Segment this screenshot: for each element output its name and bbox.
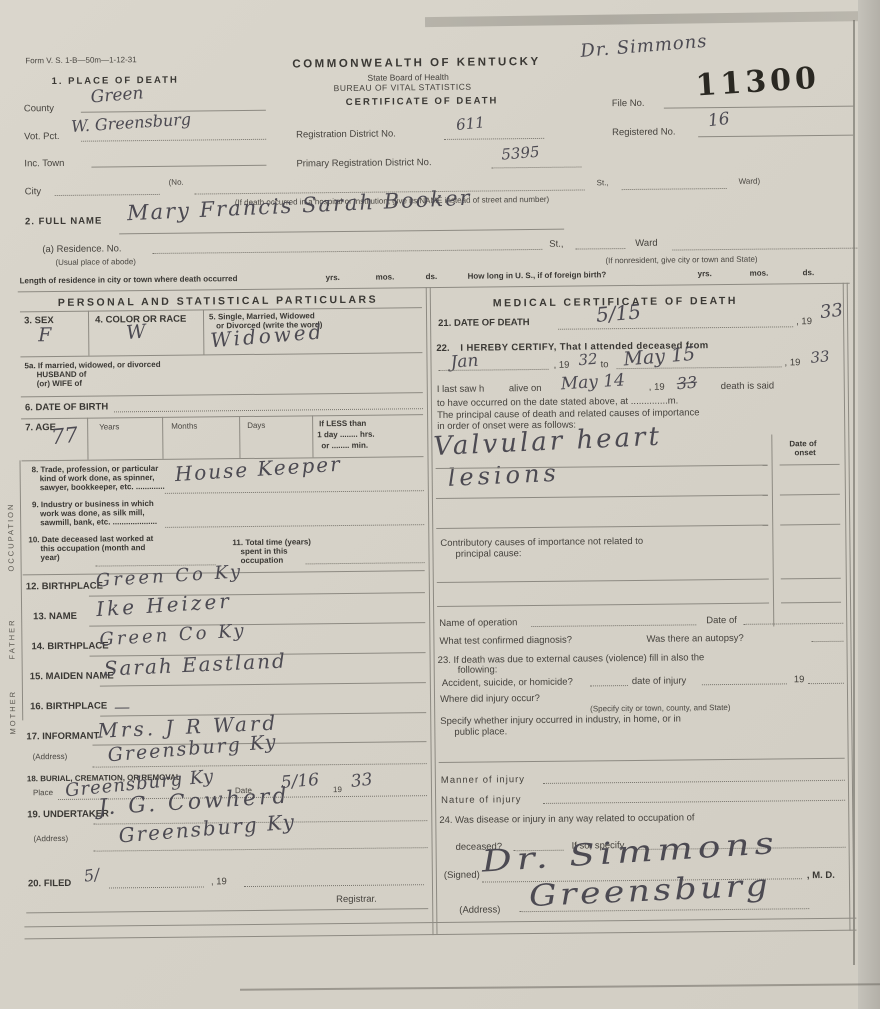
injury-divider-rule (439, 758, 845, 763)
dob-rule (114, 408, 423, 412)
contributory-label-1: Contributory causes of importance not re… (440, 536, 643, 549)
primreg-value-handwritten: 5395 (501, 143, 541, 164)
birthplace16-label: 16. BIRTHPLACE (30, 700, 107, 712)
contributory-label-2: principal cause: (455, 548, 521, 560)
age-years-header: Years (99, 422, 119, 431)
side-strip-rule (20, 460, 24, 720)
physician-address-label: (Address) (459, 904, 500, 915)
age-vline-1 (87, 418, 88, 460)
city-label: City (25, 186, 41, 197)
from-19-label: , 19 (553, 360, 569, 371)
totaltime-rule (306, 562, 425, 564)
residence-st-label: St., (549, 239, 563, 250)
regno-label: Registered No. (612, 127, 675, 139)
dob-label: 6. DATE OF BIRTH (25, 401, 108, 413)
manner-rule (543, 780, 845, 784)
onset-label-2: onset (794, 448, 815, 457)
howlong-yrs: yrs. (698, 269, 712, 278)
onset-rule-5 (781, 602, 841, 604)
onset-label-1: Date of (789, 439, 816, 448)
dateof-label: Date of (706, 615, 737, 626)
specify-hint: (Specify city or town, county, and State… (590, 703, 730, 713)
age-months-header: Months (171, 422, 197, 431)
filed-rule-1 (109, 886, 204, 888)
columns-bottom-rule-1 (24, 918, 856, 928)
age-less-3: or ........ min. (321, 441, 368, 450)
cause-rule-3 (436, 525, 768, 529)
personal-particulars-title: PERSONAL AND STATISTICAL PARTICULARS (58, 294, 378, 309)
mother-side-label: MOTHER (8, 664, 18, 734)
howlong-label: How long in U. S., if of foreign birth? (468, 270, 607, 280)
commonwealth-title: COMMONWEALTH OF KENTUCKY (292, 56, 540, 71)
autopsy-rule (811, 641, 843, 642)
trade-rule (165, 490, 424, 494)
certify-to-handwritten: May 15 (623, 343, 696, 371)
to-word-label: to (600, 359, 608, 370)
filed-value-handwritten: 5/ (83, 865, 101, 886)
burial-place-label: Place (33, 788, 53, 797)
dod-year-handwritten: 33 (819, 300, 844, 323)
injury-date-rule (702, 683, 787, 685)
howlong-mos: mos. (750, 269, 769, 278)
fullname-rule (119, 229, 564, 235)
dod-19-label: , 19 (796, 316, 812, 327)
lastwork-label-3: year) (40, 553, 59, 562)
to-19-label: , 19 (784, 357, 800, 368)
inctown-label: Inc. Town (24, 158, 64, 169)
votpct-value-handwritten: W. Greensburg (71, 109, 192, 136)
maiden15-rule (100, 682, 426, 686)
contributory-rule-1 (437, 579, 769, 583)
county-label: County (24, 103, 54, 114)
length-ds: ds. (426, 272, 438, 281)
lastsaw-value-handwritten: May 14 (560, 370, 625, 394)
scanned-death-certificate: Form V. S. 1-B—50m—1-12-31 1. PLACE OF D… (0, 0, 880, 1009)
accident-rule (590, 685, 628, 686)
trade-value-handwritten: House Keeper (174, 452, 342, 486)
howlong-ds: ds. (803, 268, 815, 277)
f5a-label-1: 5a. If married, widowed, or divorced (24, 360, 160, 370)
birthplace14-label: 14. BIRTHPLACE (31, 640, 108, 652)
autopsy-label: Was there an autopsy? (646, 633, 743, 645)
age-less-1: If LESS than (319, 419, 366, 428)
dod-label: 21. DATE OF DEATH (438, 317, 530, 329)
table-bottom-rule (20, 352, 422, 357)
county-value-handwritten: Green (90, 83, 144, 107)
cause-rule-2 (436, 495, 768, 499)
dateof-rule (743, 623, 843, 625)
onset-rule-1 (780, 464, 840, 466)
occupation-side-label: OCCUPATION (6, 466, 16, 571)
regno-rule (698, 135, 853, 138)
onset-rule-3 (780, 524, 840, 526)
undertaker-address-rule (94, 847, 428, 851)
nature-rule (543, 800, 845, 804)
physician-address-handwritten: Greensburg (528, 868, 772, 914)
certify-from-rule (439, 369, 549, 371)
maiden15-value-handwritten: Sarah Eastland (103, 648, 287, 680)
fullname-label: 2. FULL NAME (25, 216, 102, 228)
injury-19-rule (808, 683, 844, 684)
filed-19-label: , 19 (211, 876, 227, 887)
table-vline-2 (203, 309, 204, 354)
dod-rule (558, 326, 793, 329)
filed-bottom-rule (26, 908, 428, 913)
fileno-rule (664, 106, 854, 109)
residence-label: (a) Residence. No. (42, 243, 121, 255)
industry-rule (165, 524, 424, 528)
totaltime-label-1: 11. Total time (years) (232, 537, 311, 547)
votpct-rule (81, 139, 266, 142)
age-less-2: 1 day ........ hrs. (317, 430, 374, 440)
f5a-label-3: (or) WIFE of (37, 379, 82, 388)
signed-label: (Signed) (444, 870, 480, 881)
manner-label: Manner of injury (441, 774, 525, 786)
age-vline-4 (312, 415, 313, 457)
injury-19-label: 19 (794, 674, 805, 685)
father-side-label: FATHER (7, 589, 17, 659)
columns-bottom-rule-2 (25, 930, 857, 940)
industry-label-3: sawmill, bank, etc. .................... (40, 517, 157, 527)
age-vline-2 (162, 417, 163, 459)
onset-rule-4 (781, 578, 841, 580)
md-label: , M. D. (807, 870, 835, 881)
primreg-label: Primary Registration District No. (296, 157, 431, 169)
sex-value-handwritten: F (38, 324, 51, 346)
nonresident-hint: (If nonresident, give city or town and S… (605, 255, 757, 266)
lastsaw-19-label: , 19 (649, 382, 665, 393)
lastsaw-label: I last saw h (437, 384, 485, 395)
doctor-note-handwritten: Dr. Simmons (580, 31, 709, 62)
residence-st-rule (575, 248, 625, 250)
birthplace12-label: 12. BIRTHPLACE (26, 581, 103, 593)
age-vline-3 (239, 416, 240, 458)
abode-hint: (Usual place of abode) (55, 257, 136, 267)
regdist-rule (444, 138, 544, 140)
st-rule (622, 188, 727, 190)
from-year-handwritten: 32 (578, 350, 598, 369)
dod-value-handwritten: 5/15 (595, 299, 642, 327)
f5a-rule (21, 392, 423, 397)
test-label: What test confirmed diagnosis? (439, 635, 572, 647)
undertaker-address-label: (Address) (33, 834, 68, 843)
informant-label: 17. INFORMANT (26, 731, 99, 743)
specify-label-2: public place. (454, 726, 507, 738)
trade-label-3: sawyer, bookkeeper, etc. ............. (40, 482, 165, 492)
lastwork-label-2: this occupation (month and (40, 543, 145, 553)
burial-19: 19 (333, 785, 342, 794)
residence-rule (152, 249, 542, 254)
filed-label: 20. FILED (28, 878, 71, 889)
residence-ward-label: Ward (635, 238, 657, 249)
length-mos: mos. (376, 272, 395, 281)
cause-line2-handwritten: lesions (447, 459, 560, 492)
maiden15-label: 15. MAIDEN NAME (30, 670, 114, 682)
onset-divider (771, 435, 774, 627)
city-rule (55, 194, 160, 196)
primreg-rule (491, 167, 581, 169)
burial-year-handwritten: 33 (350, 770, 374, 792)
table-vline-1 (88, 311, 89, 356)
ward-hint: Ward) (739, 177, 761, 186)
birthplace16-value-handwritten: — (114, 697, 130, 716)
to-year-handwritten: 33 (810, 347, 831, 367)
residence-ward-rule (672, 248, 857, 251)
inctown-rule (91, 165, 266, 168)
registrar-label: Registrar. (336, 894, 377, 905)
regno-value-handwritten: 16 (707, 109, 731, 131)
q24-label: 24. Was disease or injury in any way rel… (439, 812, 694, 826)
alive-label: alive on (509, 383, 542, 394)
informant-address-rule (93, 763, 427, 767)
where-label: Where did injury occur? (440, 693, 540, 705)
injury-date-label: date of injury (632, 675, 687, 687)
filed-rule-2 (244, 884, 424, 887)
totaltime-label-3: occupation (241, 556, 284, 565)
c22-label: 22. (436, 343, 449, 354)
accident-label: Accident, suicide, or homicide? (442, 677, 573, 689)
operation-rule (531, 624, 696, 627)
regdist-value-handwritten: 611 (455, 113, 485, 134)
contributory-rule-2 (437, 603, 769, 607)
votpct-label: Vot. Pct. (24, 131, 60, 142)
name13-value-handwritten: Ike Heizer (95, 589, 232, 621)
columns-top-rule (18, 283, 850, 293)
informant-address-label: (Address) (33, 752, 68, 761)
age-days-header: Days (247, 421, 265, 430)
undertaker-label: 19. UNDERTAKER (27, 808, 109, 820)
no-hint: (No. (169, 178, 184, 187)
certificate-title: CERTIFICATE OF DEATH (346, 95, 499, 108)
length-yrs: yrs. (326, 273, 340, 282)
age-value-handwritten: 77 (50, 423, 79, 449)
operation-label: Name of operation (439, 617, 517, 629)
file-number-stamp: 11300 (695, 61, 821, 104)
name13-label: 13. NAME (33, 611, 77, 622)
form-number: Form V. S. 1-B—50m—1-12-31 (25, 55, 136, 65)
race-value-handwritten: W (125, 320, 146, 343)
specify-label-1: Specify whether injury occurred in indus… (440, 713, 681, 727)
lastsaw-year-handwritten: 33 (676, 373, 698, 394)
regdist-label: Registration District No. (296, 128, 396, 140)
certificate-form: Form V. S. 1-B—50m—1-12-31 1. PLACE OF D… (0, 0, 880, 1009)
nature-label: Nature of injury (441, 794, 522, 806)
st-hint: St., (597, 178, 609, 187)
length-residence-label: Length of residence in city or town wher… (20, 274, 238, 285)
death-said-label: death is said (721, 380, 774, 392)
fileno-label: File No. (612, 98, 645, 109)
q23-label-2: following: (458, 664, 498, 675)
onset-rule-2 (780, 494, 840, 496)
bureau-subtitle: BUREAU OF VITAL STATISTICS (334, 82, 472, 93)
totaltime-label-2: spent in this (240, 547, 287, 556)
